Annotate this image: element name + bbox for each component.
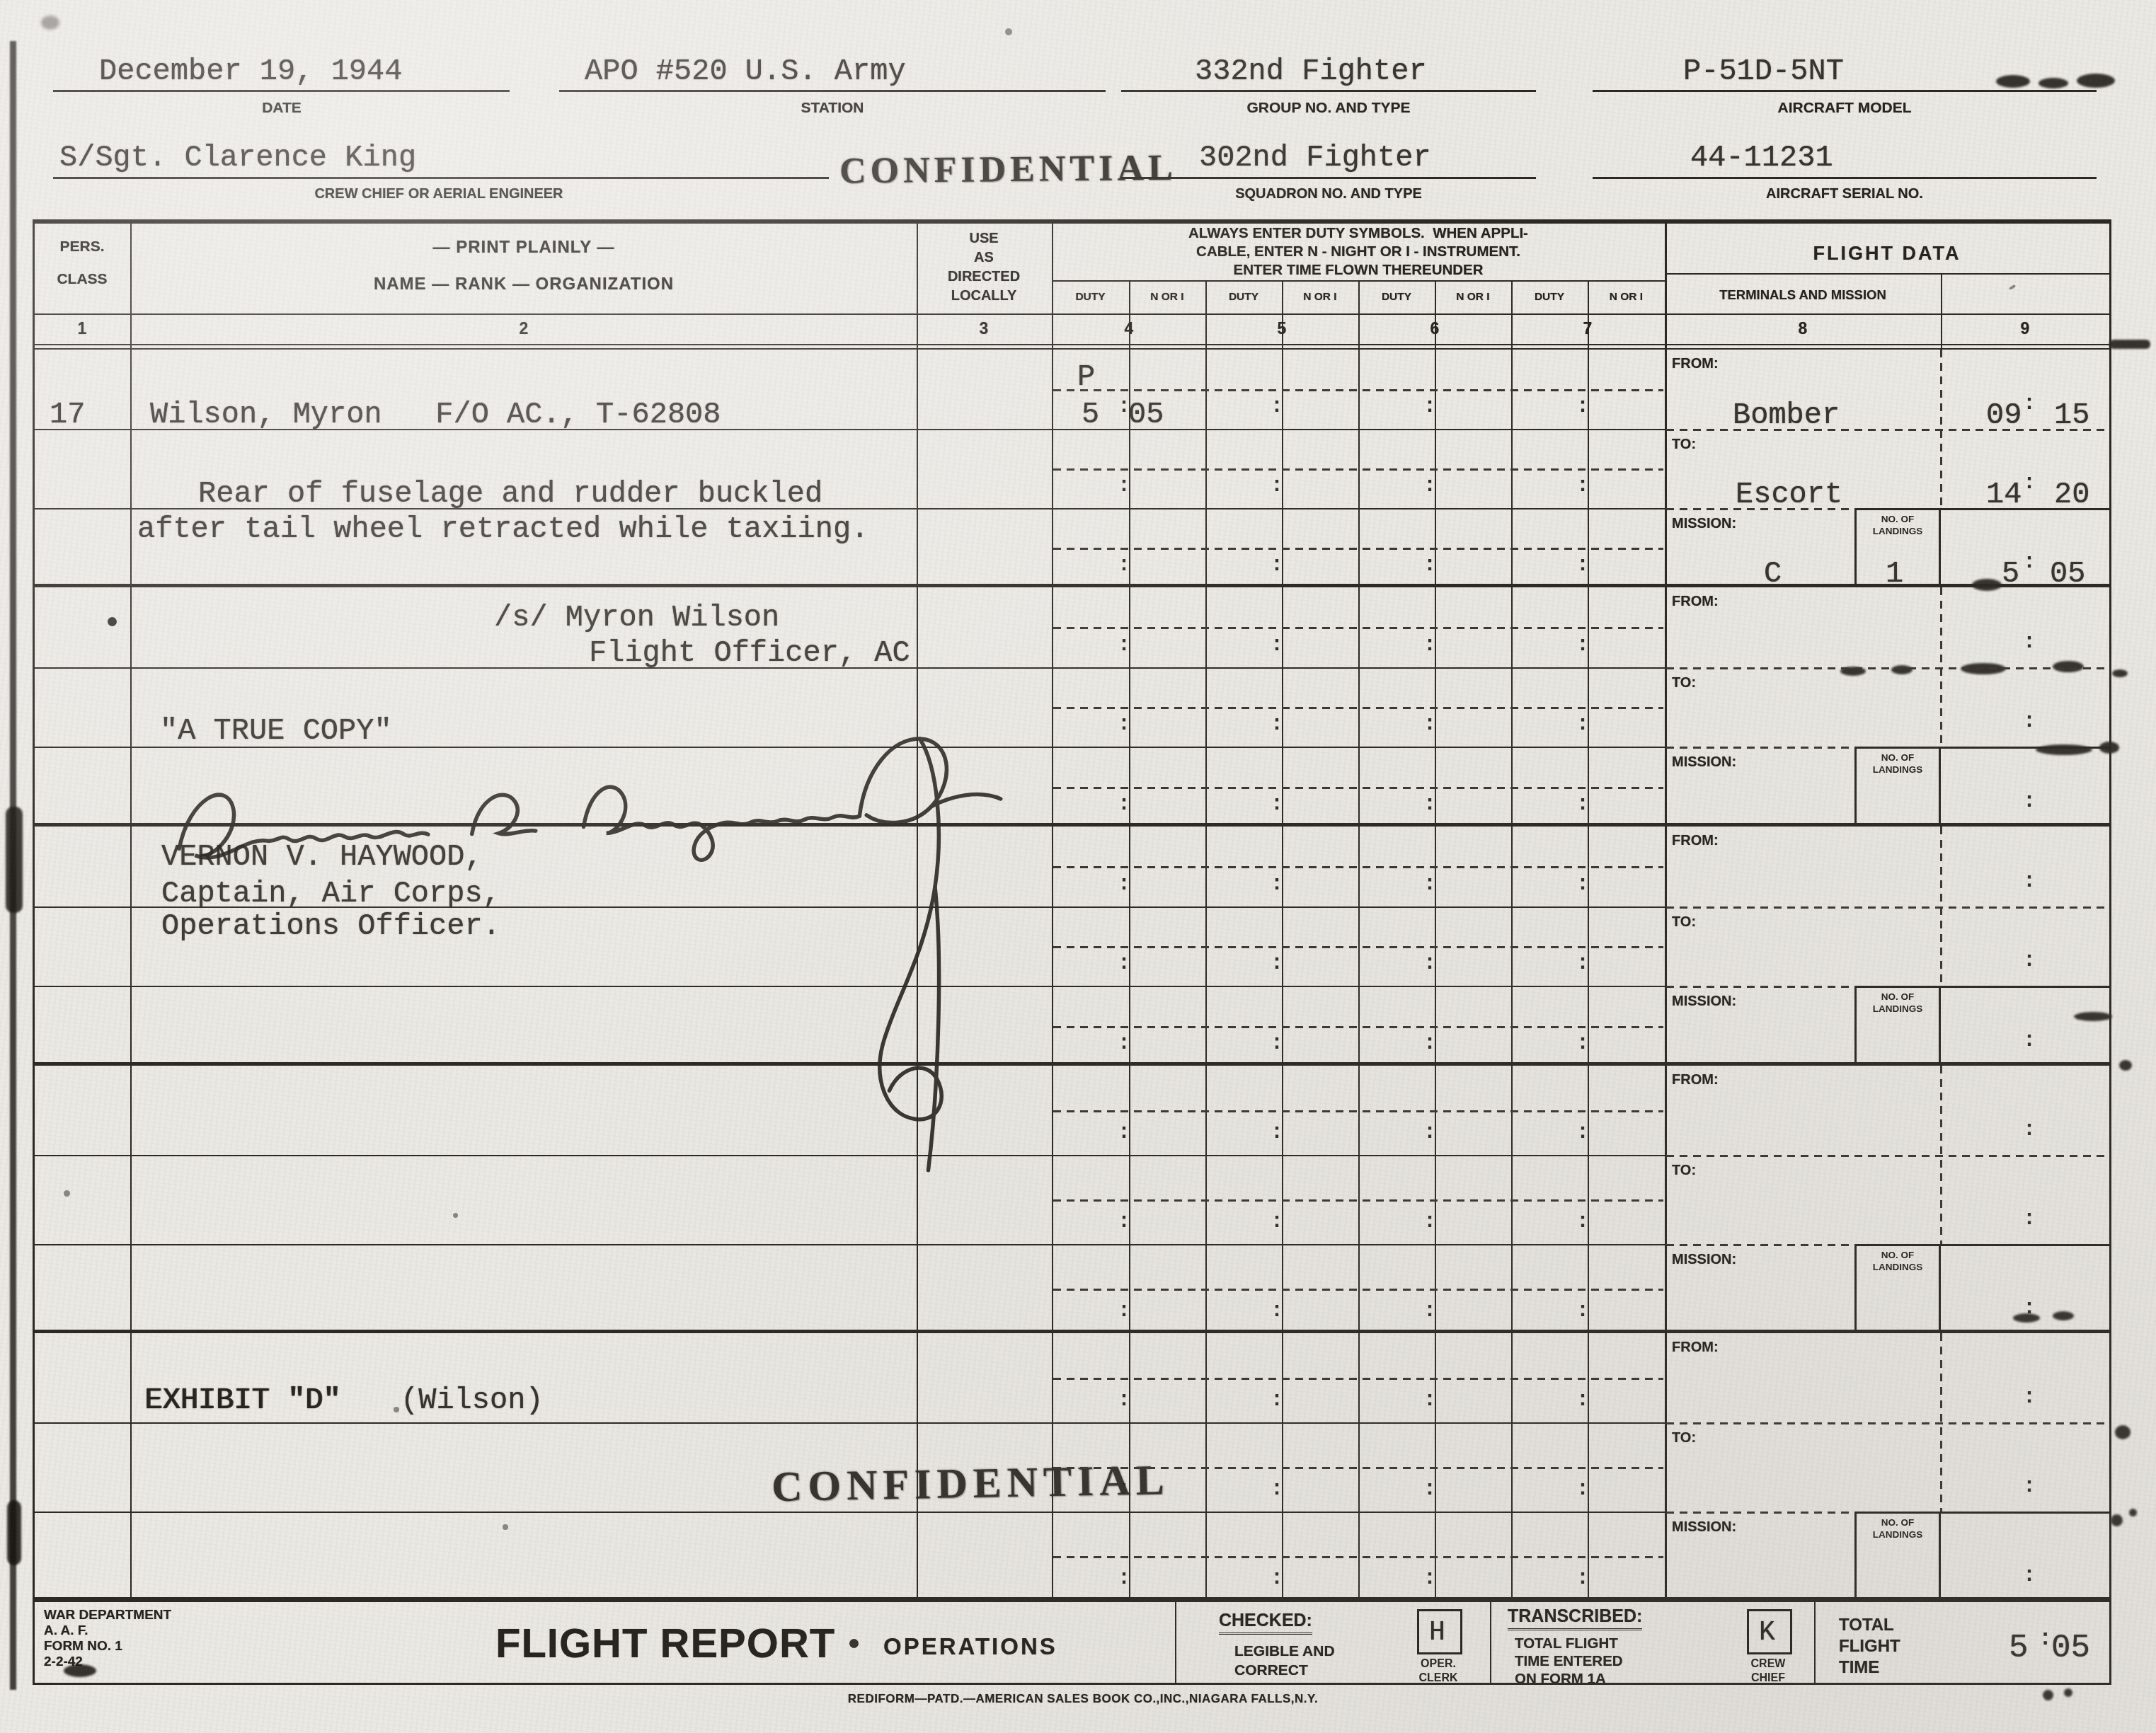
signature-typed-title: Flight Officer, AC [589, 638, 910, 668]
column-number: 4 [1125, 321, 1134, 337]
crew-chief-value: S/Sgt. Clarence King [59, 143, 416, 173]
time-colon: : [1576, 714, 1589, 735]
serial-value: 44-11231 [1690, 143, 1833, 173]
speck [2009, 284, 2017, 290]
time-colon: : [1271, 476, 1283, 497]
from-label: FROM: [1672, 1340, 1719, 1354]
form-rule-vertical [1052, 219, 1053, 1601]
time-colon: : [1576, 874, 1589, 895]
time-colon: : [1118, 874, 1130, 895]
terminals-time-divider [1940, 587, 1942, 747]
confidential-stamp-top: CONFIDENTIAL [839, 150, 1177, 190]
from-terminal-value: Bomber [1733, 401, 1840, 430]
form-rule-vertical [1941, 273, 1942, 348]
edge-blot [7, 1500, 21, 1565]
crew-chief-stamp-box: K [1747, 1609, 1792, 1654]
time-colon: : [1271, 1568, 1283, 1589]
form-rule-vertical [1175, 1601, 1176, 1684]
column-number: 7 [1583, 321, 1593, 337]
total-time-colon: : [2039, 1628, 2052, 1650]
landings-label: NO. OFLANDINGS [1856, 991, 1939, 1015]
time-colon: : [1271, 396, 1283, 418]
crew-chief-underline [53, 177, 829, 179]
subsection-line [33, 429, 1665, 430]
terminals-time-divider [1940, 350, 1942, 508]
ink-blob [2129, 1509, 2137, 1516]
duty-dash-line [1053, 1289, 1663, 1291]
time-colon: : [1576, 555, 1589, 576]
duty-banner-line1: ALWAYS ENTER DUTY SYMBOLS. WHEN APPLI- [1188, 226, 1528, 241]
total-flight-time-label: TOTALFLIGHTTIME [1839, 1615, 1900, 1679]
time-colon: : [1423, 476, 1436, 497]
form-rule-horizontal [33, 313, 2109, 315]
time-colon: : [2023, 1119, 2036, 1141]
time-colon: : [2023, 1030, 2036, 1052]
duty-dash-line [1053, 787, 1663, 789]
time-colon: : [1423, 1390, 1436, 1411]
to-time-hours: 14 [1986, 480, 2022, 509]
mission-label: MISSION: [1672, 1520, 1736, 1534]
subsection-line [33, 508, 1665, 509]
form-rule-horizontal [33, 344, 2109, 345]
squadron-label: SQUADRON NO. AND TYPE [1235, 187, 1422, 201]
serial-label: AIRCRAFT SERIAL NO. [1766, 187, 1923, 201]
col3-header-line4: LOCALLY [951, 289, 1017, 303]
signature-typed-line: /s/ Myron Wilson [494, 603, 779, 633]
ink-blob [1996, 75, 2030, 88]
form-rule-horizontal [33, 1683, 2109, 1685]
duty-dash-line [1053, 1026, 1663, 1028]
to-time-minutes: 20 [2054, 480, 2089, 509]
time-colon: : [1118, 635, 1130, 656]
remark-line2: after tail wheel retracted while taxiing… [137, 514, 868, 544]
station-value: APO #520 U.S. Army [585, 57, 906, 86]
time-colon: : [1271, 1301, 1283, 1322]
nori-subheader: N OR I [1303, 292, 1336, 303]
time-colon: : [2023, 791, 2036, 812]
oper-clerk-stamp-box: H [1417, 1609, 1462, 1654]
landings-label: NO. OFLANDINGS [1856, 514, 1939, 538]
time-colon: : [1423, 1301, 1436, 1322]
duty-dash-line [1053, 627, 1663, 629]
oper-clerk-initial: H [1429, 1620, 1445, 1647]
time-colon: : [1576, 396, 1589, 418]
time-colon: : [1423, 635, 1436, 656]
col3-header-line2: AS [974, 251, 994, 265]
column-number: 9 [2021, 321, 2030, 337]
form-rule-vertical [1511, 280, 1513, 1601]
nori-subheader: N OR I [1150, 292, 1183, 303]
column-number: 6 [1430, 321, 1440, 337]
duty-dash-line [1053, 1110, 1663, 1112]
nori-subheader: N OR I [1610, 292, 1643, 303]
crew-chief-label: CREW CHIEF OR AERIAL ENGINEER [314, 187, 563, 201]
crew-chief-initial: K [1759, 1620, 1775, 1647]
form-rule-vertical [2109, 219, 2111, 1685]
time-colon: : [1271, 1033, 1283, 1054]
total-time-minutes: 05 [2051, 1632, 2090, 1664]
time-colon: : [1271, 794, 1283, 815]
subsection-line [33, 906, 1665, 908]
date-underline [53, 90, 510, 92]
duty-time-hours: 5 [1082, 400, 1099, 430]
mission-label: MISSION: [1672, 994, 1736, 1008]
column-number: 8 [1799, 321, 1808, 337]
to-value-line [1666, 1512, 1854, 1514]
time-colon: : [1576, 1301, 1589, 1322]
time-colon: : [1118, 1301, 1130, 1322]
time-colon: : [1118, 953, 1130, 974]
ink-blob [2112, 669, 2128, 677]
time-colon: : [1576, 794, 1589, 815]
terminals-time-divider [1940, 1066, 1942, 1244]
speck [1005, 28, 1012, 35]
ink-blob [2064, 1688, 2072, 1697]
confidential-stamp-bottom: CONFIDENTIAL [772, 1458, 1171, 1508]
duty-dash-line [1053, 866, 1663, 868]
time-colon: : [1576, 1479, 1589, 1500]
time-colon: : [1576, 953, 1589, 974]
block-end-line [33, 1330, 2109, 1333]
name-rank-value: Wilson, Myron F/O AC., T-62808 [150, 400, 721, 430]
time-colon: : [1423, 953, 1436, 974]
time-colon: : [1423, 794, 1436, 815]
form-id-block: WAR DEPARTMENTA. A. F.FORM NO. 12-2-42 [44, 1608, 171, 1670]
speck [64, 1190, 70, 1197]
form-rule-vertical [1205, 280, 1207, 1601]
time-colon: : [1423, 1479, 1436, 1500]
column-number: 2 [520, 321, 529, 337]
time-colon: : [2023, 552, 2036, 573]
duty-subheader: DUTY [1382, 292, 1411, 303]
time-colon: : [1423, 555, 1436, 576]
mission-label: MISSION: [1672, 755, 1736, 769]
station-label: STATION [801, 100, 864, 115]
from-value-line [1666, 1422, 2109, 1424]
bullet-dot [108, 617, 117, 626]
subsection-line [33, 1512, 1665, 1513]
time-colon: : [1271, 1211, 1283, 1233]
duty-subheader: DUTY [1075, 292, 1105, 303]
from-value-line [1666, 1155, 2109, 1157]
subsection-line [33, 747, 1665, 748]
ink-blob [2109, 340, 2150, 349]
from-label: FROM: [1672, 1073, 1719, 1087]
to-label: TO: [1672, 1163, 1696, 1178]
mission-label: MISSION: [1672, 517, 1736, 531]
checked-lines: LEGIBLE ANDCORRECT [1234, 1642, 1335, 1680]
time-colon: : [1271, 635, 1283, 656]
time-colon: : [2023, 871, 2036, 892]
time-colon: : [2023, 393, 2036, 415]
form-rule-horizontal [1665, 273, 2109, 275]
to-label: TO: [1672, 437, 1696, 451]
time-colon: : [1423, 1122, 1436, 1144]
duty-dash-line [1053, 389, 1663, 391]
form-rule-vertical [1490, 1601, 1491, 1684]
speck [394, 1407, 399, 1412]
time-colon: : [1271, 1390, 1283, 1411]
ink-blob [2077, 74, 2115, 88]
time-colon: : [1118, 1390, 1130, 1411]
time-colon: : [1423, 396, 1436, 418]
from-value-line [1666, 667, 2109, 669]
duty-dash-line [1053, 1556, 1663, 1558]
pencil-mark [41, 16, 59, 30]
printer-imprint-line: REDIFORM—PATD.—AMERICAN SALES BOOK CO.,I… [848, 1693, 1318, 1705]
group-underline [1121, 90, 1536, 92]
block-end-line [33, 823, 2109, 827]
from-time-minutes: 15 [2054, 401, 2089, 430]
time-colon: : [2023, 1298, 2036, 1319]
column-number: 1 [78, 321, 87, 337]
col2-header-line1: — PRINT PLAINLY — [432, 239, 614, 256]
speck [453, 1213, 458, 1218]
subsection-line [33, 1155, 1665, 1156]
ink-blob [2119, 1060, 2132, 1071]
block-end-line [33, 1062, 2109, 1066]
form-rule-horizontal [33, 219, 2109, 224]
column-number: 3 [980, 321, 989, 337]
time-colon: : [1576, 635, 1589, 656]
ink-blob [2039, 78, 2068, 88]
time-colon: : [1118, 1479, 1130, 1500]
time-colon: : [2023, 1387, 2036, 1408]
time-colon: : [1271, 555, 1283, 576]
col3-header-line1: USE [969, 231, 998, 246]
squadron-value: 302nd Fighter [1199, 143, 1431, 173]
form-rule-vertical [33, 219, 35, 1685]
time-colon: : [2023, 1476, 2036, 1497]
terminals-time-divider [1940, 1333, 1942, 1512]
speck [503, 1524, 508, 1530]
model-label: AIRCRAFT MODEL [1778, 100, 1912, 115]
terminals-time-divider [1940, 827, 1942, 986]
time-colon: : [1423, 874, 1436, 895]
date-label: DATE [262, 100, 302, 115]
time-colon: : [1118, 1211, 1130, 1233]
block-end-line [33, 1597, 2109, 1602]
from-value-line [1666, 906, 2109, 909]
col3-header-line3: DIRECTED [948, 270, 1020, 284]
transcribed-lines: TOTAL FLIGHTTIME ENTEREDON FORM 1A [1515, 1635, 1623, 1688]
edge-blot [6, 807, 23, 913]
subsection-line [33, 1422, 1665, 1424]
subsection-line [33, 667, 1665, 669]
time-colon: : [1576, 1033, 1589, 1054]
time-colon: : [1423, 1211, 1436, 1233]
time-colon: : [2023, 632, 2036, 653]
transcribed-head: TRANSCRIBED: [1508, 1608, 1642, 1630]
time-colon: : [1423, 1568, 1436, 1589]
time-colon: : [1118, 476, 1130, 497]
oper-clerk-label: OPER.CLERK [1409, 1657, 1468, 1686]
time-colon: : [1423, 714, 1436, 735]
footer-title-suffix: OPERATIONS [883, 1635, 1057, 1658]
subsection-line [33, 1244, 1665, 1245]
exhibit-label-name: (Wilson) [401, 1386, 544, 1415]
duty-banner-line3: ENTER TIME FLOWN THEREUNDER [1233, 263, 1483, 278]
duty-dash-line [1053, 1378, 1663, 1380]
time-colon: : [1576, 1568, 1589, 1589]
terminals-header: TERMINALS AND MISSION [1719, 289, 1886, 302]
time-colon: : [1118, 714, 1130, 735]
footer-title-separator-dot [849, 1639, 859, 1648]
to-label: TO: [1672, 1431, 1696, 1445]
flight-data-header: FLIGHT DATA [1813, 244, 1961, 263]
time-colon: : [1271, 1479, 1283, 1500]
form-rule-vertical [130, 219, 132, 1601]
time-colon: : [1423, 1033, 1436, 1054]
station-underline [559, 90, 1106, 92]
ink-blob [2115, 1425, 2131, 1439]
time-colon: : [1118, 1122, 1130, 1144]
time-colon: : [1576, 1211, 1589, 1233]
time-colon: : [2023, 1209, 2036, 1230]
form-rule-vertical [1665, 219, 1667, 1601]
footer-title: FLIGHT REPORT [495, 1623, 835, 1664]
time-colon: : [1576, 1122, 1589, 1144]
subsection-line [33, 986, 1665, 987]
ink-blob [2053, 1311, 2074, 1320]
time-colon: : [2023, 473, 2036, 494]
from-value-line [1666, 429, 2109, 431]
time-colon: : [1118, 396, 1130, 418]
time-colon: : [1271, 874, 1283, 895]
to-terminal-value: Escort [1736, 480, 1842, 509]
form-rule-vertical [917, 219, 918, 1601]
landings-label: NO. OFLANDINGS [1856, 1517, 1939, 1541]
landings-label: NO. OFLANDINGS [1856, 1250, 1939, 1274]
time-colon: : [2023, 711, 2036, 732]
duty-time-minutes: 05 [1128, 400, 1164, 430]
time-colon: : [2023, 1565, 2036, 1587]
group-value: 332nd Fighter [1195, 57, 1427, 86]
landings-label: NO. OFLANDINGS [1856, 752, 1939, 776]
checked-head: CHECKED: [1219, 1612, 1312, 1635]
duty-subheader: DUTY [1535, 292, 1564, 303]
col2-header-line2: NAME — RANK — ORGANIZATION [374, 276, 674, 293]
duty-dash-line [1053, 707, 1663, 709]
to-value-line [1666, 508, 1854, 510]
duty-subheader: DUTY [1229, 292, 1258, 303]
duty-dash-line [1053, 1199, 1663, 1202]
time-colon: : [1271, 953, 1283, 974]
duty-symbol-value: P [1077, 362, 1095, 392]
group-label: GROUP NO. AND TYPE [1246, 100, 1410, 115]
time-colon: : [1118, 555, 1130, 576]
ink-smudge [64, 1664, 96, 1677]
time-colon: : [1118, 1568, 1130, 1589]
to-value-line [1666, 747, 1854, 749]
duty-dash-line [1053, 548, 1663, 550]
col1-header-line1: PERS. [59, 239, 104, 254]
form-rule-horizontal [33, 348, 2109, 350]
col1-header-line2: CLASS [57, 272, 107, 287]
from-label: FROM: [1672, 594, 1719, 609]
time-colon: : [1576, 476, 1589, 497]
column-number: 5 [1278, 321, 1287, 337]
from-label: FROM: [1672, 357, 1719, 371]
to-value-line [1666, 986, 1854, 988]
nori-subheader: N OR I [1456, 292, 1489, 303]
time-colon: : [1118, 794, 1130, 815]
time-colon: : [1271, 714, 1283, 735]
block-end-line [33, 584, 2109, 587]
pers-class-value: 17 [50, 400, 85, 430]
ink-blob [2074, 1012, 2112, 1021]
flight-report-form-scan: December 19, 1944 DATE APO #520 U.S. Arm… [0, 0, 2156, 1733]
remark-line1: Rear of fuselage and rudder buckled [198, 479, 822, 509]
ink-blob [2111, 1514, 2123, 1526]
time-colon: : [1118, 1033, 1130, 1054]
ink-blob [2043, 1690, 2053, 1700]
total-time-hours: 5 [2009, 1632, 2029, 1664]
to-label: TO: [1672, 676, 1696, 690]
serial-underline [1593, 177, 2097, 179]
time-colon: : [1576, 1390, 1589, 1411]
model-underline [1593, 90, 2097, 92]
from-time-hours: 09 [1986, 401, 2022, 430]
date-value: December 19, 1944 [99, 57, 402, 86]
from-label: FROM: [1672, 834, 1719, 848]
duty-banner-line2: CABLE, ENTER N - NIGHT OR I - INSTRUMENT… [1196, 245, 1520, 260]
squadron-underline [1121, 177, 1536, 179]
to-label: TO: [1672, 915, 1696, 929]
exhibit-label-bold: EXHIBIT "D" [144, 1386, 340, 1415]
duty-dash-line [1053, 946, 1663, 948]
crew-chief-label: CREWCHIEF [1738, 1657, 1798, 1686]
time-colon: : [2023, 950, 2036, 972]
model-value: P-51D-5NT [1683, 57, 1844, 86]
duty-dash-line [1053, 468, 1663, 471]
mission-label: MISSION: [1672, 1253, 1736, 1267]
form-rule-vertical [1814, 1601, 1816, 1684]
duty-dash-line [1053, 1467, 1663, 1469]
to-value-line [1666, 1244, 1854, 1246]
time-colon: : [1271, 1122, 1283, 1144]
ink-blob [2036, 744, 2092, 755]
form-rule-vertical [1358, 280, 1360, 1601]
